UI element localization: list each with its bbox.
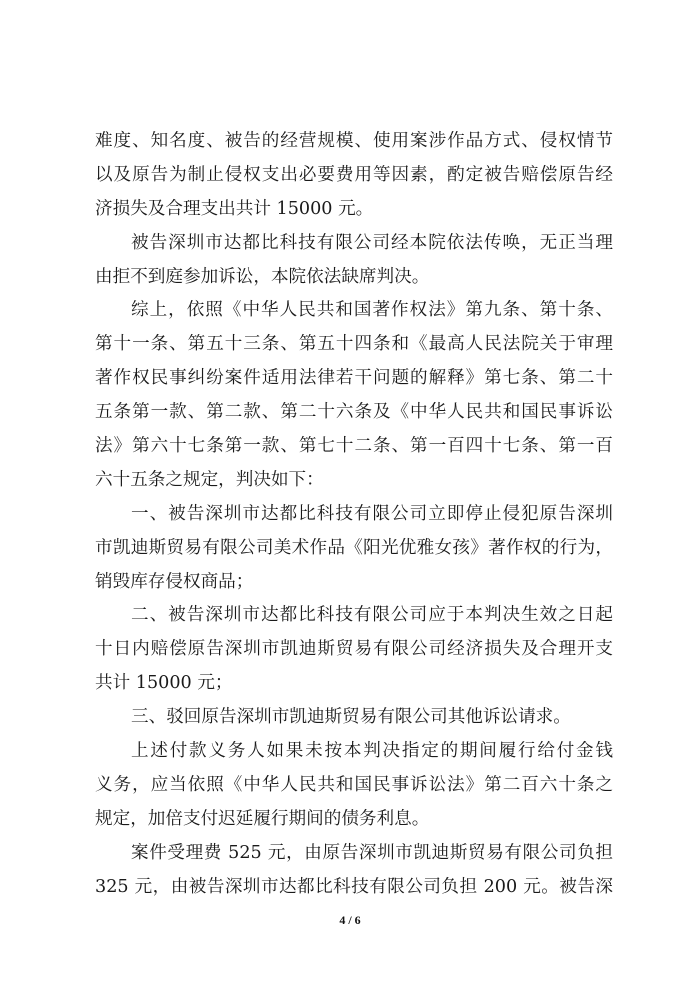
paragraph-legal-basis: 综上，依照《中华人民共和国著作权法》第九条、第十条、 第十一条、第五十三条、第五…: [95, 294, 613, 497]
text-line: 法》第六十七条第一款、第七十二条、第一百四十七条、第一百: [95, 430, 613, 464]
text-line: 市凯迪斯贸易有限公司美术作品《阳光优雅女孩》著作权的行为，: [95, 532, 613, 566]
document-page: 难度、知名度、被告的经营规模、使用案涉作品方式、侵权情节 以及原告为制止侵权支出…: [0, 0, 700, 990]
text-line: 上述付款义务人如果未按本判决指定的期间履行给付金钱: [95, 735, 613, 769]
text-line: 以及原告为制止侵权支出必要费用等因素，酌定被告赔偿原告经: [95, 159, 613, 193]
paragraph-default-judgment: 被告深圳市达都比科技有限公司经本院依法传唤，无正当理 由拒不到庭参加诉讼，本院依…: [95, 227, 613, 295]
text-line: 规定，加倍支付迟延履行期间的债务利息。: [95, 803, 613, 837]
text-line: 济损失及合理支出共计 15000 元。: [95, 193, 613, 227]
text-line: 著作权民事纠纷案件适用法律若干问题的解释》第七条、第二十: [95, 362, 613, 396]
text-line: 三、驳回原告深圳市凯迪斯贸易有限公司其他诉讼请求。: [95, 701, 613, 735]
text-line: 五条第一款、第二款、第二十六条及《中华人民共和国民事诉讼: [95, 396, 613, 430]
text-line: 被告深圳市达都比科技有限公司经本院依法传唤，无正当理: [95, 227, 613, 261]
paragraph-damages-reasoning: 难度、知名度、被告的经营规模、使用案涉作品方式、侵权情节 以及原告为制止侵权支出…: [95, 125, 613, 227]
text-line: 第十一条、第五十三条、第五十四条和《最高人民法院关于审理: [95, 328, 613, 362]
text-line: 销毁库存侵权商品；: [95, 566, 613, 600]
paragraph-ruling-item-2: 二、被告深圳市达都比科技有限公司应于本判决生效之日起 十日内赔偿原告深圳市凯迪斯…: [95, 599, 613, 701]
paragraph-late-payment-interest: 上述付款义务人如果未按本判决指定的期间履行给付金钱 义务，应当依照《中华人民共和…: [95, 735, 613, 837]
document-body: 难度、知名度、被告的经营规模、使用案涉作品方式、侵权情节 以及原告为制止侵权支出…: [95, 125, 613, 904]
text-line: 案件受理费 525 元，由原告深圳市凯迪斯贸易有限公司负担: [95, 837, 613, 871]
paragraph-case-fee: 案件受理费 525 元，由原告深圳市凯迪斯贸易有限公司负担 325 元，由被告深…: [95, 837, 613, 905]
paragraph-ruling-item-3: 三、驳回原告深圳市凯迪斯贸易有限公司其他诉讼请求。: [95, 701, 613, 735]
text-line: 六十五条之规定，判决如下：: [95, 464, 613, 498]
text-line: 一、被告深圳市达都比科技有限公司立即停止侵犯原告深圳: [95, 498, 613, 532]
page-number: 4 / 6: [0, 913, 700, 928]
text-line: 综上，依照《中华人民共和国著作权法》第九条、第十条、: [95, 294, 613, 328]
text-line: 325 元，由被告深圳市达都比科技有限公司负担 200 元。被告深: [95, 871, 613, 905]
paragraph-ruling-item-1: 一、被告深圳市达都比科技有限公司立即停止侵犯原告深圳 市凯迪斯贸易有限公司美术作…: [95, 498, 613, 600]
text-line: 由拒不到庭参加诉讼，本院依法缺席判决。: [95, 261, 613, 295]
text-line: 难度、知名度、被告的经营规模、使用案涉作品方式、侵权情节: [95, 125, 613, 159]
text-line: 十日内赔偿原告深圳市凯迪斯贸易有限公司经济损失及合理开支: [95, 633, 613, 667]
text-line: 二、被告深圳市达都比科技有限公司应于本判决生效之日起: [95, 599, 613, 633]
text-line: 义务，应当依照《中华人民共和国民事诉讼法》第二百六十条之: [95, 769, 613, 803]
text-line: 共计 15000 元；: [95, 667, 613, 701]
